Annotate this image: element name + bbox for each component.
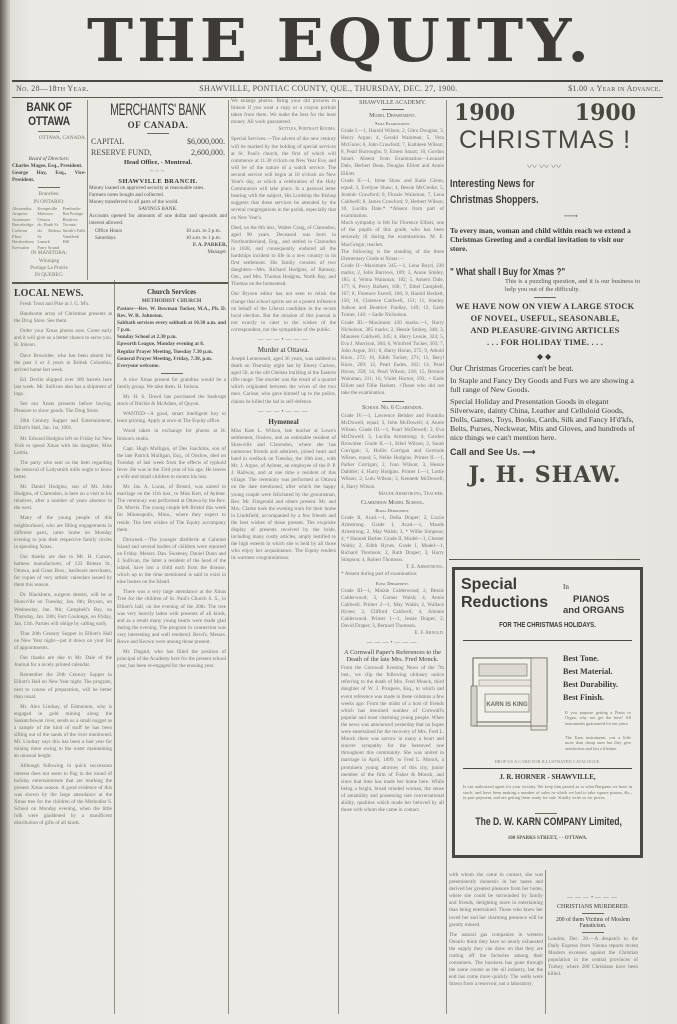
news-item: Our thanks are due to Mr. Dale of the Jo…: [14, 655, 112, 669]
ornament: ———•———: [231, 337, 336, 343]
reserve-row: RESERVE FUND, 2,600,000.: [91, 148, 225, 157]
divider: [382, 109, 404, 110]
headline-line-2: Christmas Shoppers.: [450, 193, 640, 208]
grade-three-standings: Grade III.—Maximum 430 marks.—1, Harry N…: [341, 320, 444, 398]
church-services-title: Church Services: [117, 288, 226, 296]
branch-line-1: Money loaned on approved security at rea…: [89, 185, 227, 192]
branch-name: Smith's Falls: [63, 228, 86, 234]
saturday-label: Saturdays: [95, 235, 115, 242]
karn-company-name: The D. W. KARN COMPANY Limited,: [475, 816, 619, 828]
groceries-text: Our Christmas Groceries can't be beat.: [450, 364, 640, 373]
news-item: WANTED—A good, smart intelligent boy to …: [117, 411, 226, 425]
news-item: Fresh Trout and Pike at J. G. M's.: [14, 301, 112, 308]
photo-ad: We enlarge photos. Bring your old pictur…: [231, 98, 336, 126]
photo-ad-sign: Settles, Portrait Rooms.: [231, 126, 336, 133]
year-right: 1900: [575, 100, 636, 126]
ornament: ~~~: [89, 169, 227, 175]
murdered-subtitle: 200 of them Victims of Moslem Fanaticism…: [548, 917, 638, 929]
piano-pitch: If you purpose getting a Piano or Organ,…: [565, 710, 631, 726]
office-hours-label: Office Hours: [95, 228, 122, 235]
organs-word: and ORGANS: [563, 605, 624, 616]
branches-label: Branches:: [12, 191, 86, 198]
news-item: Remember the 20th Century Supper in Elli…: [14, 672, 112, 700]
local-news-items: Fresh Trout and Pike at J. G. M's.Handso…: [14, 301, 112, 827]
monck-text: From the Cornwall Evening News of the 7t…: [341, 665, 444, 814]
bank-vice-president: George Hay, Esq., Vice-President.: [12, 170, 86, 184]
divider: [38, 131, 60, 132]
best-feature: Best Durability.: [563, 678, 618, 691]
bank-president: Charles Magee, Esq., President.: [12, 163, 86, 170]
christmas-ad: 1900 1900 CHRISTMAS ! 〰〰〰 Interesting Ne…: [450, 100, 640, 560]
ad-divider-rule: [449, 559, 640, 560]
branch-line-3: Money transferred to all parts of the wo…: [89, 199, 227, 206]
news-item: Drowned.—The younger distillerie at Calu…: [117, 537, 226, 587]
column-rule: [228, 100, 229, 1014]
grade-two-standings: Grade II—Maximum 245.—1, Lena Boyd, 230 …: [341, 263, 444, 320]
murdered-title: CHRISTIANS MURDERED.: [548, 904, 638, 910]
office-hours-value: 10 a.m. to 3 p.m.: [186, 228, 221, 235]
holiday-goods-text: Special Holiday and Presentation Goods i…: [450, 397, 640, 442]
office-hours: Office Hours 10 a.m. to 3 p.m.: [89, 228, 227, 235]
reserve-label: RESERVE FUND,: [91, 148, 152, 157]
natural-gas-text: The natural gas companies in western Ont…: [449, 932, 543, 989]
greeting-text: To every man, woman and child within rea…: [450, 226, 640, 253]
piano-headline: Special Reductions: [461, 576, 548, 612]
ornament: ———•———: [341, 640, 444, 646]
best-feature: Best Material.: [563, 665, 618, 678]
question-text: " What shall I Buy for Xmas ?": [450, 267, 640, 278]
divider: [382, 401, 404, 402]
news-item: Mr. Edward Hodgins left on Friday for Ne…: [14, 436, 112, 457]
svg-text:KARN IS KING: KARN IS KING: [486, 702, 528, 708]
news-item: Wood taken in exchange for photos at H. …: [117, 428, 226, 442]
elem-teacher: E. F. Arnold.: [341, 630, 444, 637]
pointing-hand-icon: ⟶: [523, 447, 536, 457]
karn-piano-ad: Special Reductions In PIANOS and ORGANS …: [452, 567, 643, 858]
best-feature: Best Finish.: [563, 691, 618, 704]
headline-line-1: Interesting News for: [450, 176, 640, 193]
branch-name: do. Rideau St.: [37, 228, 60, 239]
service-line: General Prayer Meeting, Friday, 7.30, p.…: [117, 356, 226, 363]
rural-results: Grade II, Acad.—1, Della Draper; 2, Lizz…: [341, 515, 444, 565]
rural-label: Rural Department.: [341, 508, 444, 513]
masthead-rule: [12, 80, 663, 82]
academy-title: SHAWVILLE ACADEMY.: [341, 100, 444, 106]
catalogue-line: DROP US A CARD FOR ILLUSTRATED CATALOGUE…: [461, 758, 634, 765]
pointer-ornament: ⟶: [450, 211, 640, 222]
ontario-label: IN ONTARIO:: [12, 199, 86, 206]
news-item: Order your Xmas photos now. Come early a…: [14, 328, 112, 349]
service-times: Sabbath services every sabbath at 10.30 …: [117, 320, 226, 370]
divider: [161, 373, 183, 374]
manager-name: F. A. PARKER,: [89, 242, 227, 249]
branch-name: Montreal: [12, 279, 86, 280]
news-item: Our thanks are due to Mr. H. Carson, har…: [14, 554, 112, 589]
quebec-branch-list: MontrealHullLachute: [12, 279, 86, 280]
reserve-value: 2,600,000.: [191, 148, 225, 157]
ornament: ———•———: [231, 409, 336, 415]
murdered-text: London, Dec. 20.—A despatch to the Daily…: [548, 936, 638, 979]
news-item: Mr. Alex Lindsay, of Edmonton, who is en…: [14, 704, 112, 761]
rule: [463, 640, 632, 641]
pianos-word: PIANOS: [573, 594, 624, 605]
bank-location: OTTAWA, CANADA.: [12, 135, 86, 142]
bank-capital-lines: [12, 142, 86, 156]
service-line: Everyone welcome.: [117, 363, 226, 370]
column-rule: [545, 870, 546, 1014]
clarendon-title: Clarendon Model School.: [341, 500, 444, 506]
newspaper-page: THE EQUITY. No. 28—18th Year. SHAWVILLE,…: [0, 0, 677, 1024]
year-row: 1900 1900: [450, 100, 640, 126]
news-item: Dr. Blackburn, surgeon dentist, will be …: [14, 592, 112, 627]
news-item: Mr. H. S. Dowd has purchased the bankrup…: [117, 394, 226, 408]
agent-text: Is our authorized agent for your vicinit…: [463, 784, 632, 801]
agent-name: J. R. HORNER - SHAWVILLE,: [455, 773, 640, 781]
elem-label: Elem. Department.: [341, 581, 444, 586]
murder-text: Joseph Lemereault, aged 36 years, was st…: [231, 356, 336, 406]
divider: [582, 913, 604, 914]
quebec-label: IN QUEBEC:: [12, 272, 86, 279]
news-item: Mr. Jas. A. Lucas, of Bristol, was unite…: [117, 484, 226, 534]
column-rule: [114, 280, 115, 1014]
hymeneal-title: Hymeneal: [231, 418, 336, 426]
board-label: Board of Directors:: [12, 156, 86, 163]
news-item: 20th Century Supper and Entertainment, E…: [14, 418, 112, 432]
gas-continued: [548, 872, 638, 892]
church-pastors: Pastors—Rev. W. Bowman Tucker, M.A., Ph.…: [117, 306, 226, 320]
flourish-ornament: 〰〰〰: [450, 158, 640, 173]
merchants-bank-subtitle: OF CANADA.: [89, 120, 227, 130]
stock-line: WE HAVE NOW ON VIEW A LARGE STOCK: [450, 301, 640, 313]
saturday-hours: Saturdays 10 a.m. to 1 p.m.: [89, 235, 227, 242]
dry-goods-text: In Staple and Fancy Dry Goods and Furs w…: [450, 376, 640, 394]
special-word: Special: [461, 576, 548, 594]
pianos-organs: In PIANOS and ORGANS: [563, 576, 624, 616]
local-news-title: LOCAL NEWS.: [14, 288, 112, 299]
piano-illustration: KARN IS KING: [465, 650, 555, 740]
school-six-teacher: Maude Armstrong, Teacher.: [341, 491, 444, 498]
bank-of-ottawa-ad: BANK OF OTTAWA OTTAWA, CANADA. Board of …: [12, 100, 86, 280]
monck-title: A Cornwall Paper's References to the Dea…: [341, 649, 444, 663]
manitoba-branch-list: WinnipegPortage La Prairie: [12, 258, 86, 272]
news-item: Capt. Hugh Mulligan, of Des Joachims, so…: [117, 446, 226, 481]
church-column-items: A nice Xmas present for grandma would be…: [117, 377, 226, 671]
capital-label: CAPITAL: [91, 137, 124, 146]
stock-line: OF NOVEL, USEFUL, SEASONABLE,: [450, 313, 640, 325]
karn-note: The Karn instruments cost a little more …: [565, 735, 631, 751]
bank-of-ottawa-title: BANK OF OTTAWA: [18, 100, 81, 128]
divider: [534, 297, 556, 298]
best-features-list: Best Tone.Best Material.Best Durability.…: [563, 652, 618, 704]
news-item: Ed. Devlin shipped over 300 barrels here…: [14, 377, 112, 398]
news-item: Mr. Daniel Hodgins, son of Mr. John Hodg…: [14, 484, 112, 512]
merchant-name: J. H. SHAW.: [450, 462, 640, 488]
merchants-bank-title: MERCHANTS' BANK: [103, 100, 213, 120]
answer-text: This is a puzzling question, and it is o…: [450, 278, 640, 294]
news-item: Handsome array of Christmas presents at …: [14, 311, 112, 325]
church-services-column: Church Services METHODIST CHURCH Pastors…: [117, 286, 226, 1016]
grade-two-results: Grade II.—1, Irene Shaw and Katie Glenn,…: [341, 178, 444, 221]
reductions-word: Reductions: [461, 594, 548, 612]
christians-murdered-column: ———•——— CHRISTIANS MURDERED. 200 of them…: [548, 872, 638, 1016]
column-four: SHAWVILLE ACADEMY. Model Department. Xma…: [341, 98, 444, 1016]
best-feature: Best Tone.: [563, 652, 618, 665]
monck-continued-text: with whom she came in contact, she was p…: [449, 872, 543, 929]
year-left: 1900: [454, 100, 515, 126]
bank-ads-bottom-rule: [12, 282, 228, 284]
binding-edge: [0, 0, 10, 1024]
stock-lines: WE HAVE NOW ON VIEW A LARGE STOCKOF NOVE…: [450, 301, 640, 349]
diamond-ornament: ◆◆: [450, 352, 640, 361]
column-rule: [446, 100, 447, 1014]
karn-address: 108 SPARKS STREET, - - OTTAWA.: [455, 835, 640, 842]
stock-line: AND PLEASURE-GIVING ARTICLES: [450, 325, 640, 337]
news-item: See our Xmas presents before buying. Ple…: [14, 401, 112, 415]
church-name: METHODIST CHURCH: [117, 298, 226, 304]
branch-name: Portage La Prairie: [12, 265, 86, 272]
news-item: That 20th Century Supper in Elliott's Ha…: [14, 631, 112, 652]
issue-number: No. 28—18th Year.: [16, 84, 89, 96]
service-line: Epworth League, Monday evening at 8.: [117, 341, 226, 348]
column-rule: [87, 100, 88, 280]
ontario-branch-list: AlexandriaArnpriorAvonmoreBracebridgeCar…: [12, 206, 86, 251]
news-item: There was a very large attendance at the…: [117, 589, 226, 646]
editorial-note: Our Bryson editor has not seen to relish…: [231, 291, 336, 334]
news-item: Many of the young people of this neighbo…: [14, 515, 112, 550]
column-rule: [338, 100, 339, 1014]
school-six-title: School No. 6 Clarendon.: [341, 405, 444, 411]
monck-continued: with whom she came in contact, she was p…: [449, 872, 543, 1016]
call-text: Call and See Us.: [450, 447, 520, 457]
news-item: Mr. Dugald, who has filled the position …: [117, 649, 226, 670]
branch-name: Vankleek Hill: [63, 234, 86, 245]
christmas-title: CHRISTMAS !: [450, 126, 640, 155]
model-department: Model Department.: [341, 113, 444, 119]
grade-one-results: Grade I.—1, Harold Wilson; 2, Gitro Doug…: [341, 128, 444, 178]
service-line: Regular Prayer Meeting, Tuesday 7.30 p.m…: [117, 349, 226, 356]
ornament: ———•———: [548, 895, 638, 901]
divider: [147, 133, 169, 134]
service-line: Sabbath services every sabbath at 10.30 …: [117, 320, 226, 334]
divider: [535, 813, 557, 814]
local-news-column: LOCAL NEWS. Fresh Trout and Pike at J. G…: [14, 286, 112, 1016]
call-row: Call and See Us. ⟶: [450, 447, 640, 458]
dateline-rule: [12, 97, 663, 98]
branch-name: Winnipeg: [12, 258, 86, 265]
in-word: In: [563, 583, 569, 591]
divider: [582, 932, 604, 933]
holidays-line: FOR THE CHRISTMAS HOLIDAYS.: [469, 622, 626, 629]
news-item: The party who sent us the item regarding…: [14, 460, 112, 481]
hymeneal-text: Miss Kate L. Wilson, late teacher at Low…: [231, 428, 336, 563]
elementary-intro: The following is the standing of the thr…: [341, 249, 444, 263]
masthead-title: THE EQUITY.: [40, 12, 640, 71]
subscription-price: $1.00 a Year in Advance.: [568, 84, 661, 96]
manager-title: Manager.: [89, 249, 227, 256]
stock-line: . . . FOR HOLIDAY TIME. . . .: [450, 337, 640, 349]
sympathy-note: Much sympathy is felt for Florence Ellio…: [341, 220, 444, 248]
special-services: Special Services.—The advent of the new …: [231, 136, 336, 221]
head-office: Head Office, - Montreal.: [89, 159, 227, 166]
news-item: A nice Xmas present for grandma would be…: [117, 377, 226, 391]
column-three: We enlarge photos. Bring your old pictur…: [231, 98, 336, 1016]
capital-value: $6,000,000.: [187, 137, 225, 146]
branch-name: Hawkesbury: [12, 239, 35, 245]
obituary-craig: Died, on the 8th inst., Walter Craig, of…: [231, 225, 336, 289]
savings-text: Accounts opened for amounts of one dolla…: [89, 213, 227, 227]
elem-results: Grade III—1, Maizie Calderwood; 2, Bessi…: [341, 588, 444, 631]
manitoba-label: IN MANITOBA:: [12, 250, 86, 257]
branch-name: Carleton Place: [12, 228, 35, 239]
exam-label: Xmas Examinations.: [341, 121, 444, 126]
dateline: No. 28—18th Year. SHAWVILLE, PONTIAC COU…: [16, 84, 661, 96]
news-item: Although following in quick succession i…: [14, 763, 112, 827]
place-date: SHAWVILLE, PONTIAC COUNTY, QUE., THURSDA…: [199, 84, 457, 96]
capital-row: CAPITAL $6,000,000.: [91, 137, 225, 146]
divider: [38, 187, 60, 188]
saturday-value: 10 a.m. to 1 p.m.: [186, 235, 221, 242]
murder-title: Murder at Ottawa.: [231, 346, 336, 354]
branch-title: SHAWVILLE BRANCH.: [89, 178, 227, 185]
news-item: Dave Brownlee, who has been absent for t…: [14, 353, 112, 374]
school-six-results: Grade IV.—1, Lawrence Belsher and Frankl…: [341, 413, 444, 491]
merchants-bank-ad: MERCHANTS' BANK OF CANADA. CAPITAL $6,00…: [89, 100, 227, 280]
service-line: Sunday School at 2.30 p.m.: [117, 334, 226, 341]
rural-note: * Absent during part of examination.: [341, 571, 444, 578]
rule: [463, 768, 632, 769]
